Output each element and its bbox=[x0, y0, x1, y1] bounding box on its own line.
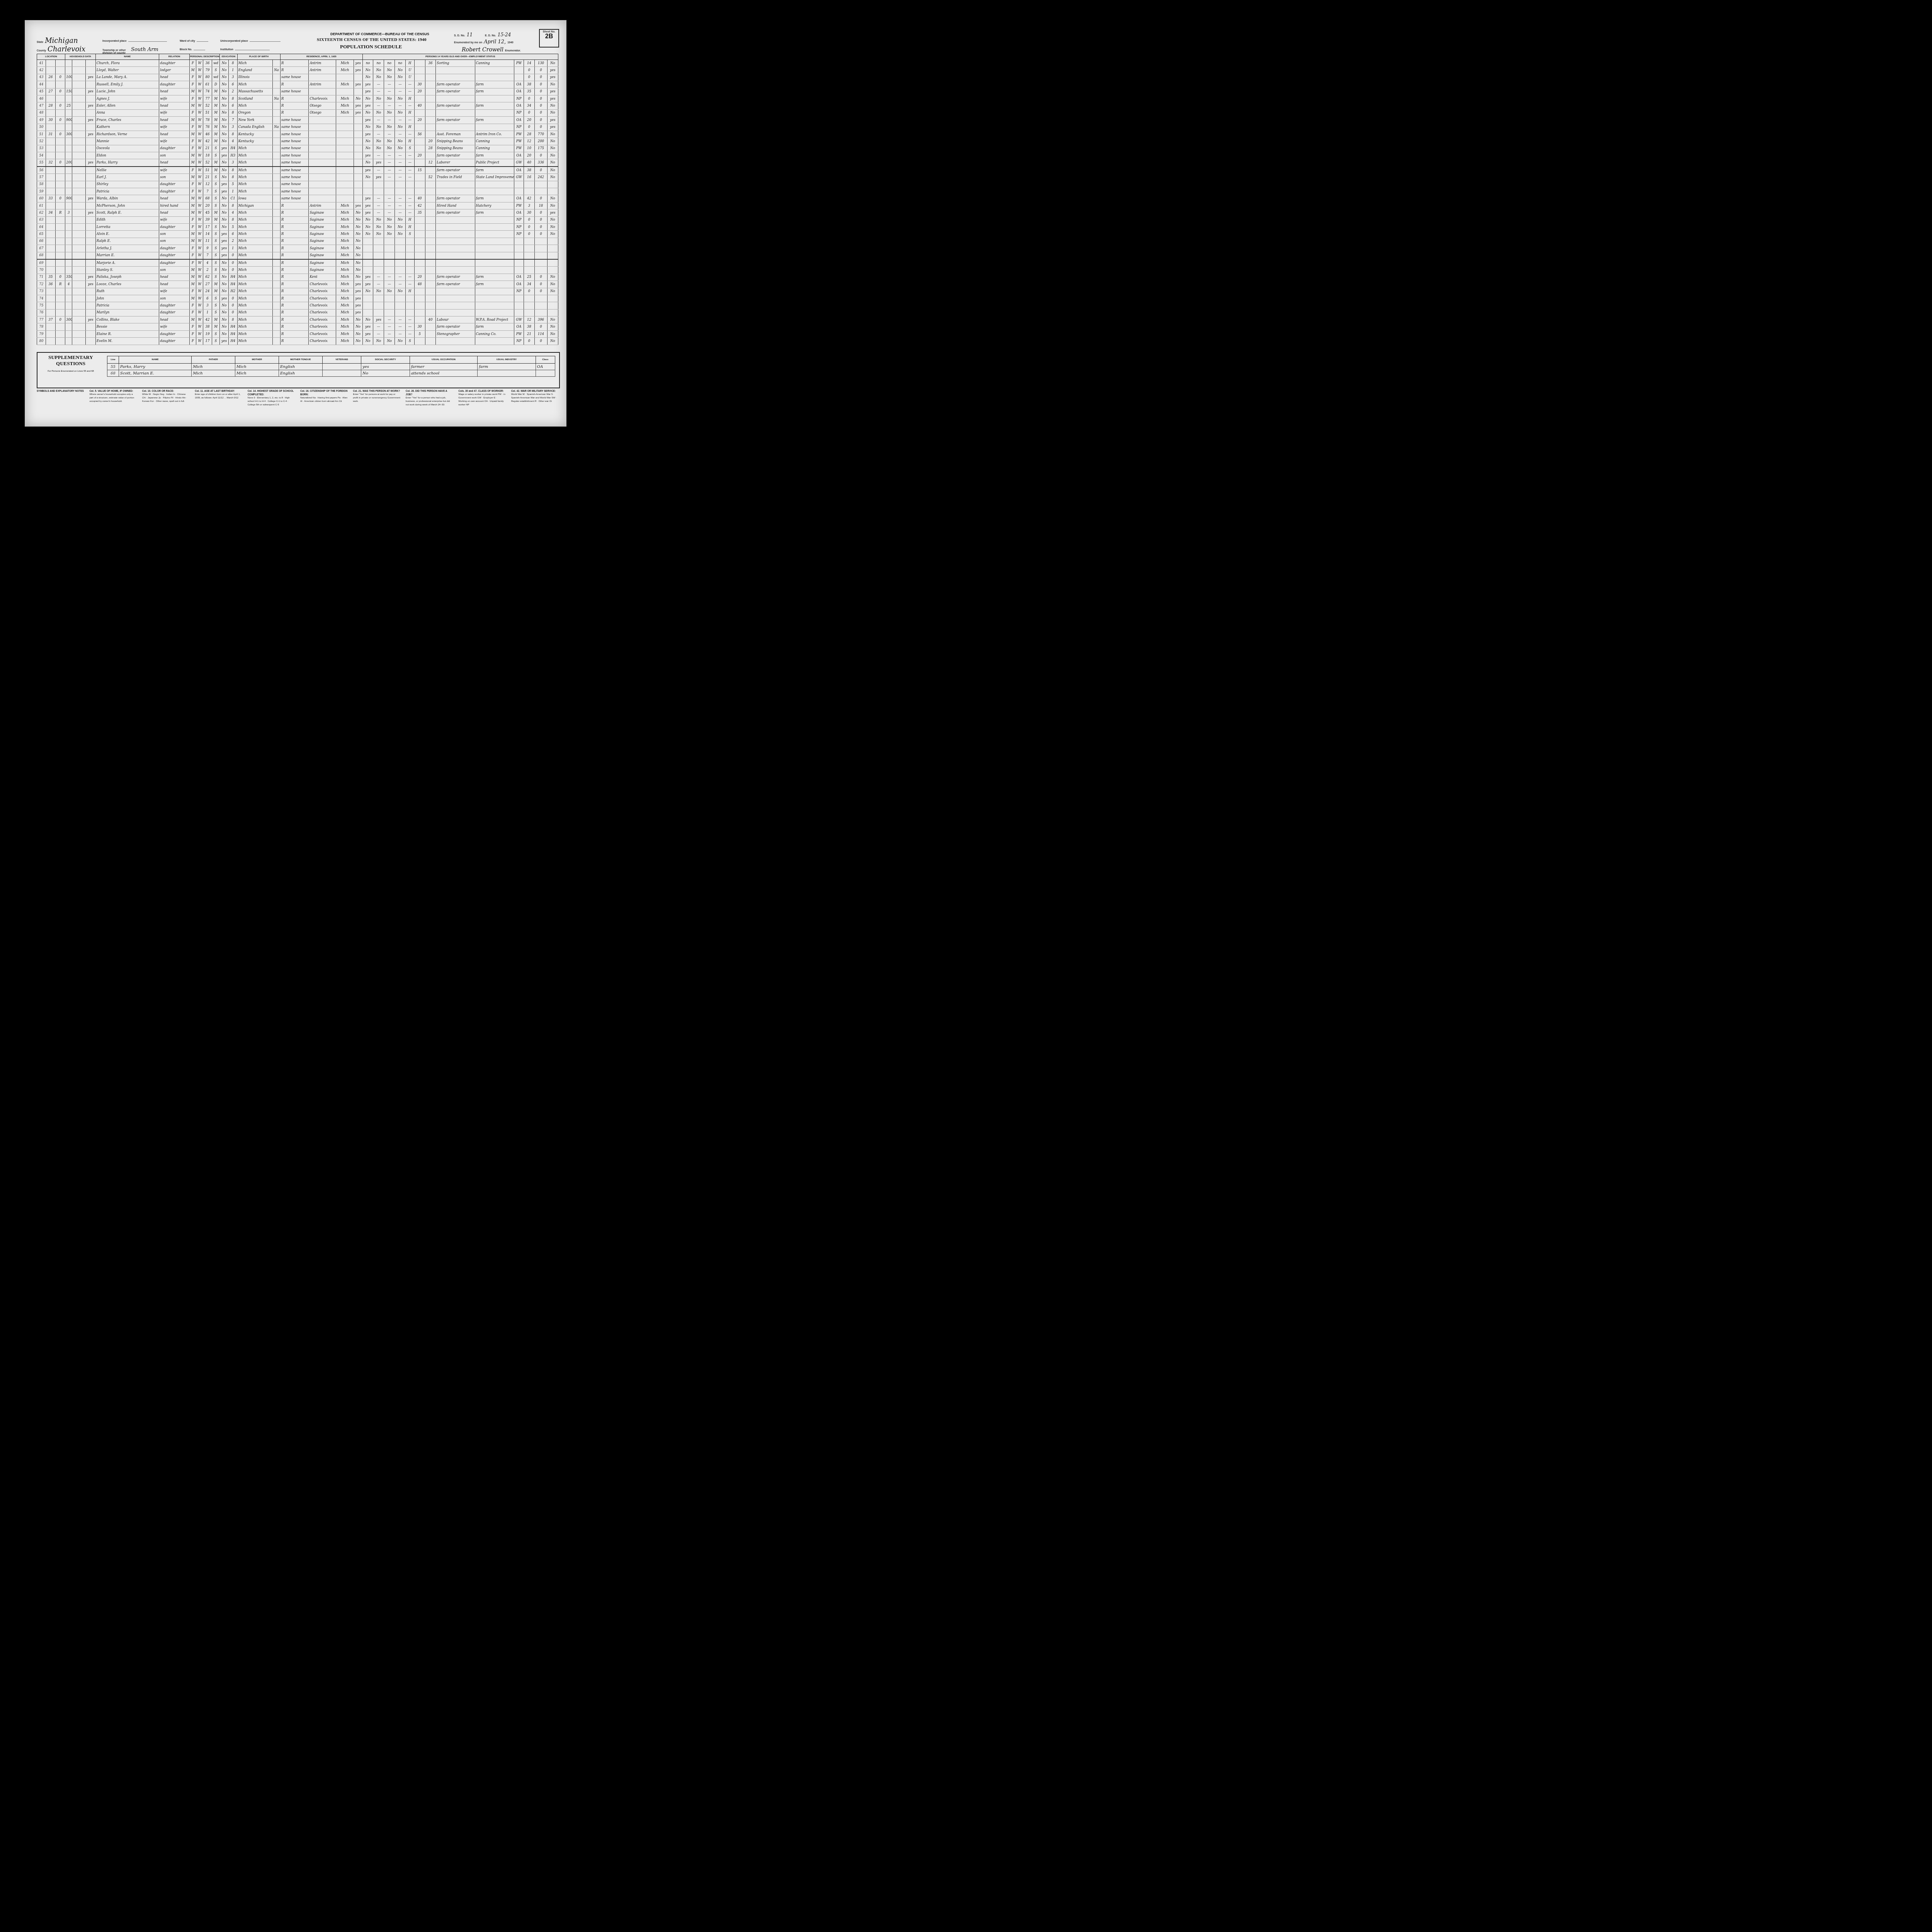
cell-name: Agnes J. bbox=[95, 95, 159, 102]
cell-cls bbox=[514, 309, 524, 316]
cell-line: 65 bbox=[37, 231, 46, 238]
cell-name: Looze, Charles bbox=[95, 281, 159, 288]
cell-value bbox=[72, 281, 86, 288]
cell-line: 41 bbox=[37, 60, 46, 67]
cell-cit bbox=[272, 330, 280, 337]
cell-stat: H bbox=[405, 223, 414, 230]
table-row: 46Agnes J.wifeFW77MNo8ScotlandNaRCharlev… bbox=[37, 95, 558, 102]
cell-unemp bbox=[425, 131, 436, 138]
cell-rfarm: yes bbox=[354, 109, 362, 116]
cell-house bbox=[46, 124, 55, 131]
cell-hrs bbox=[414, 267, 425, 274]
cell-birth: Mich bbox=[237, 223, 272, 230]
cell-county bbox=[309, 181, 336, 188]
cell-w23: — bbox=[384, 88, 395, 95]
cell-rel: son bbox=[159, 267, 189, 274]
cell-ind: farm bbox=[475, 281, 514, 288]
cell-house: 28 bbox=[46, 102, 55, 109]
table-row: 51310300yesRichardson, VerneheadMW46MNo8… bbox=[37, 131, 558, 138]
cell-sch: yes bbox=[220, 188, 229, 195]
cell-sch: No bbox=[220, 267, 229, 274]
cell-ind: State Land Improvement bbox=[475, 174, 514, 181]
cell-sex: F bbox=[189, 81, 196, 88]
table-row: 80Evelin M.daughterFW17SyesH4MichRCharle… bbox=[37, 338, 558, 345]
cell-occ bbox=[436, 259, 475, 267]
cell-line: 44 bbox=[37, 81, 46, 88]
cell-age: 24 bbox=[203, 288, 212, 295]
cell-name: Shirley bbox=[95, 181, 159, 188]
cell-name: Russell, Emily J. bbox=[95, 81, 159, 88]
cell-rfarm: yes bbox=[354, 67, 362, 74]
cell-hh bbox=[56, 295, 65, 302]
cell-wks: 30 bbox=[524, 209, 535, 216]
cell-w21: yes bbox=[362, 195, 373, 202]
cell-ind bbox=[475, 309, 514, 316]
cell-color: W bbox=[196, 216, 203, 223]
cell-age: 74 bbox=[203, 88, 212, 95]
cell-hrs: 56 bbox=[414, 131, 425, 138]
cell-w22: — bbox=[373, 209, 384, 216]
cell-cls bbox=[514, 302, 524, 309]
explanatory-notes: SYMBOLS AND EXPLANATORY NOTESCol. 5. VAL… bbox=[37, 389, 558, 422]
cell-farm bbox=[86, 245, 95, 252]
institution-field: Institution bbox=[220, 48, 270, 51]
cell-wks: 0 bbox=[524, 124, 535, 131]
cell-sex: F bbox=[189, 309, 196, 316]
table-row: 42Lloyd, WalterlodgerMW79SNo1EnglandNaRA… bbox=[37, 67, 558, 74]
cell-county bbox=[309, 124, 336, 131]
cell-rel: son bbox=[159, 152, 189, 159]
cell-sch: No bbox=[220, 95, 229, 102]
cell-occ bbox=[436, 124, 475, 131]
cell-w24: No bbox=[395, 109, 406, 116]
cell-color: W bbox=[196, 330, 203, 337]
cell-hrs bbox=[414, 109, 425, 116]
table-row: 48AnnawifeFW51MNo8OregonROtsegoMichyesNo… bbox=[37, 109, 558, 116]
cell-ind: farm bbox=[475, 274, 514, 281]
cell-cit bbox=[272, 267, 280, 274]
cell-unemp bbox=[425, 267, 436, 274]
cell-county bbox=[309, 167, 336, 174]
cell-own bbox=[65, 245, 72, 252]
cell-rfarm: No bbox=[354, 252, 362, 259]
cell-age: 21 bbox=[203, 174, 212, 181]
cell-stat: — bbox=[405, 195, 414, 202]
cell-occ: Laborer bbox=[436, 159, 475, 167]
cell-farm bbox=[86, 138, 95, 145]
cell-value bbox=[72, 88, 86, 95]
cell-own bbox=[65, 67, 72, 74]
cell-hh bbox=[56, 223, 65, 230]
cell-birth: Mich bbox=[237, 216, 272, 223]
cell-county: Charlevoix bbox=[309, 316, 336, 323]
cell-cit bbox=[272, 223, 280, 230]
cell-w22: — bbox=[373, 274, 384, 281]
cell-farm bbox=[86, 188, 95, 195]
cell-house bbox=[46, 302, 55, 309]
cell-county: Charlevoix bbox=[309, 281, 336, 288]
cell-sch: No bbox=[220, 302, 229, 309]
table-row: 44Russell, Emily J.daughterFW61DNo6MichR… bbox=[37, 81, 558, 88]
cell-house bbox=[46, 231, 55, 238]
cell-inc: 770 bbox=[534, 131, 547, 138]
cell-grade: 8 bbox=[228, 60, 237, 67]
cell-sex: F bbox=[189, 188, 196, 195]
cell-rel: wife bbox=[159, 109, 189, 116]
cell-state: Mich bbox=[336, 338, 354, 345]
cell-stat: — bbox=[405, 323, 414, 330]
cell-wks: 0 bbox=[524, 288, 535, 295]
cell-name: Paliska, Joseph bbox=[95, 274, 159, 281]
cell-house bbox=[46, 216, 55, 223]
cell-occ bbox=[436, 295, 475, 302]
cell-birth: Mich bbox=[237, 309, 272, 316]
table-row: 45270150yesLucie, JohnheadMW74MNo2Massac… bbox=[37, 88, 558, 95]
cell-sex: M bbox=[189, 195, 196, 202]
cell-rel: daughter bbox=[159, 188, 189, 195]
cell-color: W bbox=[196, 209, 203, 216]
cell-inc: 0 bbox=[534, 81, 547, 88]
cell-mar: S bbox=[212, 302, 219, 309]
cell-w21 bbox=[362, 259, 373, 267]
cell-hh bbox=[56, 145, 65, 152]
cell-line: 54 bbox=[37, 152, 46, 159]
cell-occ: farm operator bbox=[436, 281, 475, 288]
cell-city: R bbox=[281, 95, 309, 102]
cell-w23: No bbox=[384, 124, 395, 131]
cell-hrs bbox=[414, 124, 425, 131]
cell-age: 6 bbox=[203, 295, 212, 302]
cell-house bbox=[46, 238, 55, 245]
cell-occ bbox=[436, 74, 475, 81]
cell-birth: New York bbox=[237, 117, 272, 124]
cell-sch: No bbox=[220, 330, 229, 337]
cell-line: 78 bbox=[37, 323, 46, 330]
cell-state bbox=[336, 124, 354, 131]
cell-unemp: 12 bbox=[425, 159, 436, 167]
cell-inc bbox=[534, 181, 547, 188]
cell-birth: Kentucky bbox=[237, 131, 272, 138]
cell-rel: head bbox=[159, 102, 189, 109]
cell-county: Saginaw bbox=[309, 259, 336, 267]
cell-birth: Mich bbox=[237, 245, 272, 252]
cell-w24 bbox=[395, 302, 406, 309]
cell-cls: OA bbox=[514, 195, 524, 202]
cell-wks: 38 bbox=[524, 167, 535, 174]
cell-sex: M bbox=[189, 67, 196, 74]
table-row: 61McPherson, Johnhired handMW20SNo8Michi… bbox=[37, 202, 558, 209]
cell-sch: No bbox=[220, 216, 229, 223]
cell-unemp bbox=[425, 338, 436, 345]
cell-w22 bbox=[373, 188, 384, 195]
cell-cit bbox=[272, 338, 280, 345]
note-block: Col. 21. WAS THIS PERSON AT WORK?Enter "… bbox=[353, 389, 400, 422]
cell-stat: H bbox=[405, 138, 414, 145]
cell-own bbox=[65, 167, 72, 174]
cell-occ: Labour bbox=[436, 316, 475, 323]
cell-occ: Trades in Field bbox=[436, 174, 475, 181]
cell-own bbox=[65, 174, 72, 181]
cell-county: Saginaw bbox=[309, 267, 336, 274]
cell-county bbox=[309, 174, 336, 181]
cell-inc: 0 bbox=[534, 223, 547, 230]
cell-line: 53 bbox=[37, 145, 46, 152]
cell-w23 bbox=[384, 309, 395, 316]
cell-stat: — bbox=[405, 202, 414, 209]
table-row: 63EdithwifeFW39MNo8MichRSaginawMichNoNoN… bbox=[37, 216, 558, 223]
cell-color: W bbox=[196, 281, 203, 288]
cell-grade: 8 bbox=[228, 131, 237, 138]
cell-age: 18 bbox=[203, 152, 212, 159]
cell-unemp bbox=[425, 102, 436, 109]
cell-sex: F bbox=[189, 302, 196, 309]
cell-age: 51 bbox=[203, 109, 212, 116]
cell-oth bbox=[547, 245, 558, 252]
cell-hh bbox=[56, 167, 65, 174]
cell-sex: M bbox=[189, 202, 196, 209]
cell-oth: yes bbox=[547, 117, 558, 124]
population-table: LOCATION HOUSEHOLD DATA NAME RELATION PE… bbox=[37, 54, 558, 345]
cell-state: Mich bbox=[336, 216, 354, 223]
cell-ind bbox=[475, 288, 514, 295]
cell-w21 bbox=[362, 245, 373, 252]
cell-color: W bbox=[196, 302, 203, 309]
cell-w21: No bbox=[362, 95, 373, 102]
cell-cls: GW bbox=[514, 159, 524, 167]
cell-wks: 12 bbox=[524, 138, 535, 145]
note-block: Cols. 30 and 47. CLASS OF WORKER:Wage or… bbox=[458, 389, 505, 422]
cell-age: 39 bbox=[203, 216, 212, 223]
cell-w22 bbox=[373, 245, 384, 252]
cell-farm bbox=[86, 238, 95, 245]
cell-age: 62 bbox=[203, 274, 212, 281]
cell-mar: M bbox=[212, 323, 219, 330]
cell-value bbox=[72, 138, 86, 145]
township-field: Township or other division of county Sou… bbox=[102, 47, 158, 54]
cell-grade: H3 bbox=[228, 152, 237, 159]
cell-w22: yes bbox=[373, 174, 384, 181]
cell-w22: No bbox=[373, 95, 384, 102]
cell-mar: M bbox=[212, 95, 219, 102]
cell-value bbox=[72, 174, 86, 181]
cell-sch: No bbox=[220, 74, 229, 81]
cell-city: R bbox=[281, 309, 309, 316]
cell-own: 900 bbox=[65, 195, 72, 202]
cell-line: 57 bbox=[37, 174, 46, 181]
cell-city: same house bbox=[281, 159, 309, 167]
cell-rel: head bbox=[159, 88, 189, 95]
cell-w24 bbox=[395, 295, 406, 302]
cell-w23: No bbox=[384, 231, 395, 238]
cell-value bbox=[72, 74, 86, 81]
cell-sex: F bbox=[189, 338, 196, 345]
ed-field: E. D. No. 15-24 bbox=[485, 32, 511, 37]
cell-state: Mich bbox=[336, 95, 354, 102]
cell-cit bbox=[272, 216, 280, 223]
cell-line: 55 bbox=[37, 159, 46, 167]
cell-ind bbox=[475, 67, 514, 74]
cell-city: R bbox=[281, 109, 309, 116]
cell-hh bbox=[56, 188, 65, 195]
cell-line: 70 bbox=[37, 267, 46, 274]
cell-cls: GW bbox=[514, 174, 524, 181]
cell-w24: — bbox=[395, 131, 406, 138]
cell-grade: H4 bbox=[228, 330, 237, 337]
cell-sch: No bbox=[220, 288, 229, 295]
cell-oth: No bbox=[547, 131, 558, 138]
cell-name: Arletha J. bbox=[95, 245, 159, 252]
cell-wks: 34 bbox=[524, 102, 535, 109]
cell-city: R bbox=[281, 67, 309, 74]
cell-w22: No bbox=[373, 231, 384, 238]
cell-house bbox=[46, 288, 55, 295]
cell-oth: yes bbox=[547, 67, 558, 74]
cell-state: Mich bbox=[336, 302, 354, 309]
cell-cls: PW bbox=[514, 145, 524, 152]
cell-value bbox=[72, 316, 86, 323]
cell-cit bbox=[272, 259, 280, 267]
cell-hh bbox=[56, 323, 65, 330]
cell-grade: 5 bbox=[228, 181, 237, 188]
cell-state: Mich bbox=[336, 323, 354, 330]
cell-w24: No bbox=[395, 67, 406, 74]
cell-rel: head bbox=[159, 209, 189, 216]
cell-color: W bbox=[196, 138, 203, 145]
cell-own: 200 bbox=[65, 159, 72, 167]
cell-own: 4 bbox=[65, 281, 72, 288]
cell-hrs bbox=[414, 60, 425, 67]
cell-color: W bbox=[196, 259, 203, 267]
cell-unemp bbox=[425, 302, 436, 309]
cell-value bbox=[72, 302, 86, 309]
cell-age: 61 bbox=[203, 81, 212, 88]
cell-sex: M bbox=[189, 131, 196, 138]
cell-inc: 0 bbox=[534, 209, 547, 216]
cell-inc: 0 bbox=[534, 152, 547, 159]
cell-value bbox=[72, 195, 86, 202]
cell-stat: H bbox=[405, 288, 414, 295]
cell-state bbox=[336, 131, 354, 138]
cell-ind: farm bbox=[475, 102, 514, 109]
cell-w21: No bbox=[362, 138, 373, 145]
cell-hrs: 20 bbox=[414, 152, 425, 159]
cell-wks bbox=[524, 245, 535, 252]
cell-w22: no bbox=[373, 60, 384, 67]
cell-w22: — bbox=[373, 88, 384, 95]
cell-city: R bbox=[281, 216, 309, 223]
cell-line: 71 bbox=[37, 274, 46, 281]
cell-birth: Mich bbox=[237, 302, 272, 309]
cell-w23 bbox=[384, 267, 395, 274]
table-row: 4728025yesEsler, AllenheadMW52MNo6MichRO… bbox=[37, 102, 558, 109]
cell-cls bbox=[514, 181, 524, 188]
cell-grade: 6 bbox=[228, 102, 237, 109]
cell-mar: S bbox=[212, 252, 219, 259]
cell-state: Mich bbox=[336, 67, 354, 74]
cell-w22: — bbox=[373, 323, 384, 330]
cell-own bbox=[65, 252, 72, 259]
cell-stat: — bbox=[405, 209, 414, 216]
cell-line: 49 bbox=[37, 117, 46, 124]
cell-ind: farm bbox=[475, 117, 514, 124]
cell-unemp bbox=[425, 330, 436, 337]
cell-birth: Mich bbox=[237, 288, 272, 295]
cell-stat: — bbox=[405, 102, 414, 109]
cell-sch: No bbox=[220, 202, 229, 209]
cell-rel: wife bbox=[159, 216, 189, 223]
cell-w22 bbox=[373, 295, 384, 302]
cell-oth bbox=[547, 309, 558, 316]
cell-line: 66 bbox=[37, 238, 46, 245]
cell-farm bbox=[86, 295, 95, 302]
cell-occ bbox=[436, 245, 475, 252]
cell-sch: No bbox=[220, 159, 229, 167]
cell-value bbox=[72, 238, 86, 245]
cell-value bbox=[72, 202, 86, 209]
cell-ind bbox=[475, 238, 514, 245]
cell-city: same house bbox=[281, 138, 309, 145]
cell-ind bbox=[475, 267, 514, 274]
cell-oth: No bbox=[547, 145, 558, 152]
cell-cls: PW bbox=[514, 138, 524, 145]
cell-wks: 16 bbox=[524, 174, 535, 181]
cell-own bbox=[65, 181, 72, 188]
cell-value bbox=[72, 323, 86, 330]
cell-oth: No bbox=[547, 202, 558, 209]
cell-county bbox=[309, 195, 336, 202]
cell-w22: No bbox=[373, 223, 384, 230]
cell-cit bbox=[272, 245, 280, 252]
cell-house bbox=[46, 202, 55, 209]
cell-hh: 0 bbox=[56, 88, 65, 95]
cell-wks: 0 bbox=[524, 216, 535, 223]
cell-wks bbox=[524, 252, 535, 259]
cell-farm bbox=[86, 167, 95, 174]
cell-city: same house bbox=[281, 74, 309, 81]
cell-occ: farm operator bbox=[436, 195, 475, 202]
cell-wks bbox=[524, 267, 535, 274]
cell-w22: No bbox=[373, 338, 384, 345]
cell-ind bbox=[475, 223, 514, 230]
cell-rfarm bbox=[354, 181, 362, 188]
cell-name: Earl J. bbox=[95, 174, 159, 181]
cell-w24 bbox=[395, 259, 406, 267]
cell-oth: No bbox=[547, 338, 558, 345]
cell-wks bbox=[524, 238, 535, 245]
cell-hrs bbox=[414, 67, 425, 74]
cell-house bbox=[46, 174, 55, 181]
table-row: 52ManniewifeFW42MNo4Kentuckysame houseNo… bbox=[37, 138, 558, 145]
cell-county: Charlevoix bbox=[309, 323, 336, 330]
cell-cit bbox=[272, 274, 280, 281]
cell-name: John bbox=[95, 295, 159, 302]
cell-cls: OA bbox=[514, 323, 524, 330]
cell-age: 3 bbox=[203, 302, 212, 309]
cell-own bbox=[65, 259, 72, 267]
cell-w24: — bbox=[395, 159, 406, 167]
cell-mar: S bbox=[212, 188, 219, 195]
cell-hrs: 40 bbox=[414, 195, 425, 202]
cell-house bbox=[46, 109, 55, 116]
cell-sex: M bbox=[189, 316, 196, 323]
cell-sex: F bbox=[189, 109, 196, 116]
cell-color: W bbox=[196, 188, 203, 195]
cell-occ bbox=[436, 216, 475, 223]
cell-sch: No bbox=[220, 67, 229, 74]
cell-w24: No bbox=[395, 338, 406, 345]
cell-w22: No bbox=[373, 67, 384, 74]
cell-hrs bbox=[414, 309, 425, 316]
